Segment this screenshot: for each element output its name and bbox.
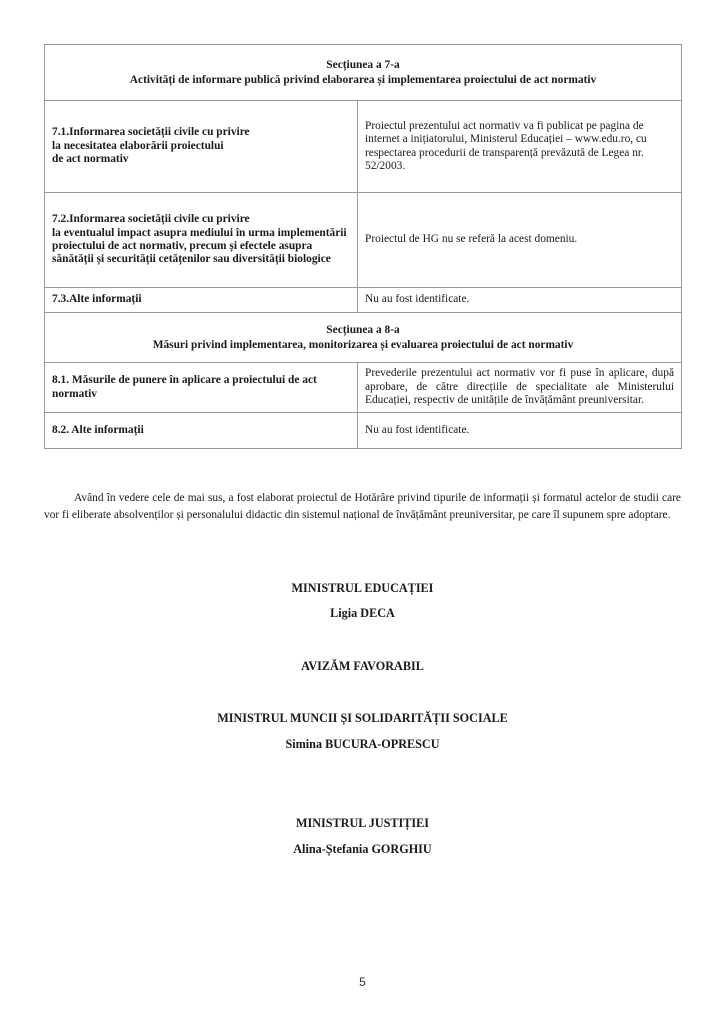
- table-row: 7.1.Informarea societății civile cu priv…: [45, 101, 682, 193]
- row-8-1-value: Prevederile prezentului act normativ vor…: [358, 363, 682, 413]
- row-7-1-label: 7.1.Informarea societății civile cu priv…: [45, 101, 358, 193]
- row-7-1-value: Proiectul prezentului act normativ va fi…: [358, 101, 682, 193]
- section-7-header-row: Secțiunea a 7-a Activități de informare …: [45, 45, 682, 101]
- table-row: 7.3.Alte informații Nu au fost identific…: [45, 288, 682, 313]
- minister-justice-name: Alina-Ștefania GORGHIU: [0, 842, 725, 857]
- conclusion-paragraph: Având în vedere cele de mai sus, a fost …: [44, 490, 681, 524]
- minister-justice-title: MINISTRUL JUSTIȚIEI: [0, 816, 725, 831]
- section-7-subtitle: Activități de informare publică privind …: [52, 73, 674, 88]
- section-8-subtitle: Măsuri privind implementarea, monitoriza…: [52, 338, 674, 353]
- row-8-2-label: 8.2. Alte informații: [45, 413, 358, 449]
- minister-education-title: MINISTRUL EDUCAȚIEI: [0, 581, 725, 596]
- section-8-header-row: Secțiunea a 8-a Măsuri privind implement…: [45, 313, 682, 363]
- minister-labour-title: MINISTRUL MUNCII ȘI SOLIDARITĂȚII SOCIAL…: [0, 711, 725, 726]
- table-row: 8.2. Alte informații Nu au fost identifi…: [45, 413, 682, 449]
- section-7-header: Secțiunea a 7-a Activități de informare …: [45, 45, 682, 101]
- row-8-2-value: Nu au fost identificate.: [358, 413, 682, 449]
- endorsement-heading: AVIZĂM FAVORABIL: [0, 659, 725, 674]
- impact-assessment-table: Secțiunea a 7-a Activități de informare …: [44, 44, 682, 449]
- section-7-title: Secțiunea a 7-a: [52, 58, 674, 73]
- minister-education-name: Ligia DECA: [0, 606, 725, 621]
- row-7-3-value: Nu au fost identificate.: [358, 288, 682, 313]
- section-8-header: Secțiunea a 8-a Măsuri privind implement…: [45, 313, 682, 363]
- page-number: 5: [0, 975, 725, 989]
- row-8-1-label: 8.1. Măsurile de punere în aplicare a pr…: [45, 363, 358, 413]
- table-row: 7.2.Informarea societății civile cu priv…: [45, 193, 682, 288]
- section-8-title: Secțiunea a 8-a: [52, 323, 674, 338]
- table-row: 8.1. Măsurile de punere în aplicare a pr…: [45, 363, 682, 413]
- row-7-2-label: 7.2.Informarea societății civile cu priv…: [45, 193, 358, 288]
- minister-labour-name: Simina BUCURA-OPRESCU: [0, 737, 725, 752]
- row-7-3-label: 7.3.Alte informații: [45, 288, 358, 313]
- row-7-2-value: Proiectul de HG nu se referă la acest do…: [358, 193, 682, 288]
